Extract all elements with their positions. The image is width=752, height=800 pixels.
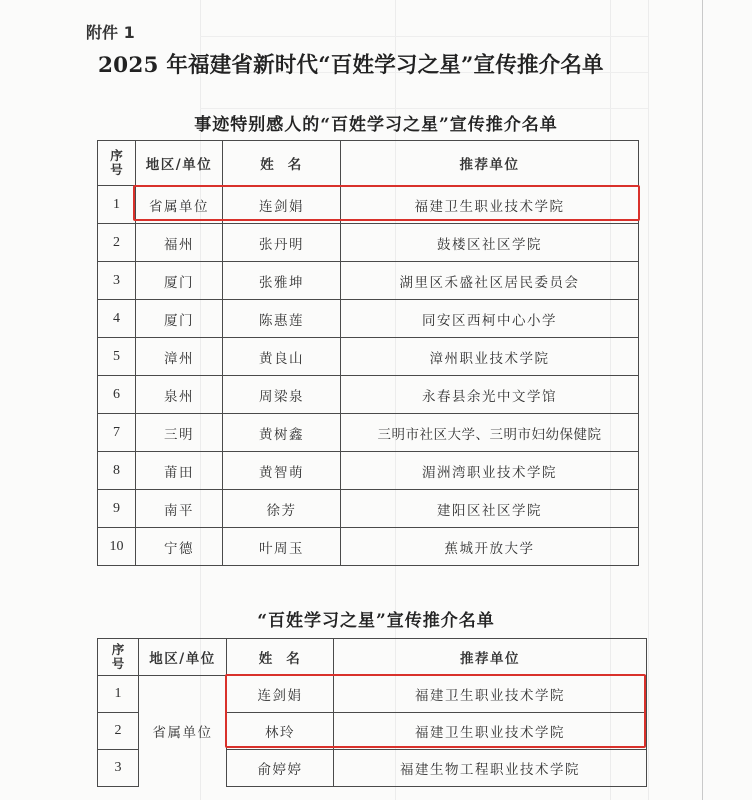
header-seq: 序 号 [98,141,136,186]
header-name: 姓 名 [227,639,334,676]
cell-unit: 同安区西柯中心小学 [341,300,639,338]
cell-seq: 2 [98,224,136,262]
bleed-through-line [200,36,648,37]
attachment-label: 附件 1 [86,20,135,43]
cell-name: 黄良山 [223,338,341,376]
cell-unit: 漳州职业技术学院 [341,338,639,376]
table-row: 10 宁德 叶周玉 蕉城开放大学 [98,528,639,566]
header-region: 地区/单位 [139,639,227,676]
cell-unit: 鼓楼区社区学院 [341,224,639,262]
cell-name: 俞婷婷 [227,750,334,787]
cell-unit: 永春县余光中文学馆 [341,376,639,414]
header-unit: 推荐单位 [341,141,639,186]
cell-name: 黄智萌 [223,452,341,490]
cell-seq: 4 [98,300,136,338]
cell-name: 张雅坤 [223,262,341,300]
bleed-through-line [200,108,648,109]
header-seq: 序 号 [98,639,139,676]
cell-seq: 1 [98,186,136,224]
table-row: 7 三明 黄树鑫 三明市社区大学、三明市妇幼保健院 [98,414,639,452]
table-row: 2 福州 张丹明 鼓楼区社区学院 [98,224,639,262]
cell-seq: 10 [98,528,136,566]
cell-name: 叶周玉 [223,528,341,566]
cell-region: 三明 [136,414,223,452]
cell-name: 陈惠莲 [223,300,341,338]
cell-seq: 9 [98,490,136,528]
cell-region: 泉州 [136,376,223,414]
cell-unit: 湄洲湾职业技术学院 [341,452,639,490]
cell-seq: 1 [98,676,139,713]
cell-region: 宁德 [136,528,223,566]
header-name: 姓 名 [223,141,341,186]
table-header-row: 序 号 地区/单位 姓 名 推荐单位 [98,141,639,186]
header-region: 地区/单位 [136,141,223,186]
cell-region: 南平 [136,490,223,528]
table1-outstanding-stars: 序 号 地区/单位 姓 名 推荐单位 1 省属单位 连剑娟 福建卫生职业技术学院… [97,140,639,566]
cell-region: 厦门 [136,262,223,300]
cell-unit: 福建卫生职业技术学院 [334,676,647,713]
cell-unit: 福建卫生职业技术学院 [334,713,647,750]
cell-region: 省属单位 [136,186,223,224]
cell-seq: 7 [98,414,136,452]
table1-title: 事迹特别感人的“百姓学习之星”宣传推介名单 [0,110,752,135]
cell-region: 福州 [136,224,223,262]
cell-name: 连剑娟 [223,186,341,224]
table-row: 5 漳州 黄良山 漳州职业技术学院 [98,338,639,376]
cell-region: 莆田 [136,452,223,490]
cell-seq: 6 [98,376,136,414]
cell-name: 周梁泉 [223,376,341,414]
cell-seq: 3 [98,750,139,787]
cell-unit: 三明市社区大学、三明市妇幼保健院 [341,414,639,452]
header-unit: 推荐单位 [334,639,647,676]
cell-name: 林玲 [227,713,334,750]
table-row: 1 省属单位 连剑娟 福建卫生职业技术学院 [98,186,639,224]
table-row: 3 厦门 张雅坤 湖里区禾盛社区居民委员会 [98,262,639,300]
cell-unit: 蕉城开放大学 [341,528,639,566]
table-row: 4 厦门 陈惠莲 同安区西柯中心小学 [98,300,639,338]
table-row: 9 南平 徐芳 建阳区社区学院 [98,490,639,528]
cell-name: 黄树鑫 [223,414,341,452]
cell-region: 漳州 [136,338,223,376]
cell-unit: 建阳区社区学院 [341,490,639,528]
table-row: 8 莆田 黄智萌 湄洲湾职业技术学院 [98,452,639,490]
table2-stars: 序 号 地区/单位 姓 名 推荐单位 1 省属单位 连剑娟 福建卫生职业技术学院… [97,638,647,787]
cell-seq: 3 [98,262,136,300]
table2-title: “百姓学习之星”宣传推介名单 [0,606,752,631]
cell-name: 连剑娟 [227,676,334,713]
cell-unit: 湖里区禾盛社区居民委员会 [341,262,639,300]
cell-seq: 2 [98,713,139,750]
cell-seq: 5 [98,338,136,376]
cell-unit: 福建卫生职业技术学院 [341,186,639,224]
cell-name: 徐芳 [223,490,341,528]
cell-region: 厦门 [136,300,223,338]
table-header-row: 序 号 地区/单位 姓 名 推荐单位 [98,639,647,676]
cell-unit: 福建生物工程职业技术学院 [334,750,647,787]
page-title: 2025 年福建省新时代“百姓学习之星”宣传推介名单 [98,48,658,79]
cell-name: 张丹明 [223,224,341,262]
table-row: 6 泉州 周梁泉 永春县余光中文学馆 [98,376,639,414]
cell-seq: 8 [98,452,136,490]
cell-region-merged: 省属单位 [139,676,227,787]
table-row: 1 省属单位 连剑娟 福建卫生职业技术学院 [98,676,647,713]
